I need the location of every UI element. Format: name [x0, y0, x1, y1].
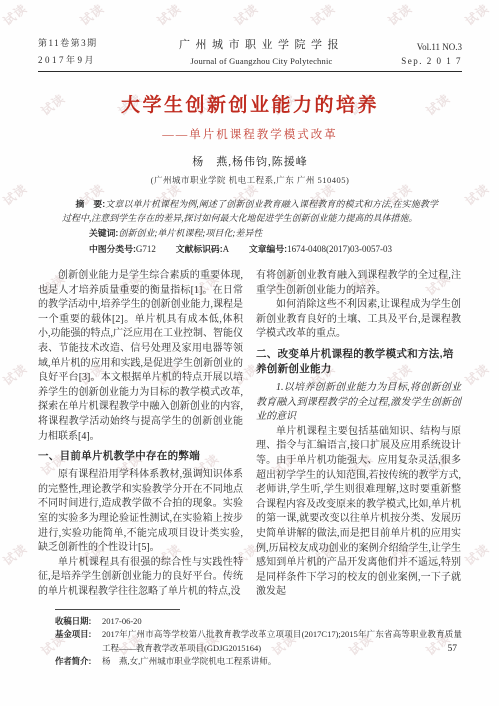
footnote-bio: 作者简介: 杨 燕,女,广州城市职业学院机电工程系讲师。	[55, 655, 462, 669]
doc-code-value: A	[223, 244, 230, 254]
journal-name-cn: 广州城市职业学院学报	[143, 36, 380, 52]
paragraph: 如何消除这些不利因素,让课程成为学生创新创业教育良好的土壤、工具及平台,是课程教…	[256, 298, 461, 342]
article-authors: 杨 燕,杨伟钧,陈援峰	[38, 153, 462, 169]
header-journal-block: 广州城市职业学院学报 Journal of Guangzhou City Pol…	[143, 36, 380, 66]
keywords-line: 关键词:创新创业;单片机课程;项目化;差异性	[62, 226, 438, 240]
doc-code-pair: 文献标识码:A	[176, 244, 229, 254]
header-issue-block: 第11卷第3期 2017年9月	[38, 36, 143, 66]
footnote-separator	[55, 609, 180, 610]
article-subtitle: ——单片机课程教学模式改革	[38, 126, 462, 142]
article-id-label: 文章编号:	[249, 244, 287, 254]
paragraph: 创新创业能力是学生综合素质的重要体现,也是人才培养质量重要的衡量指标[1]。在日…	[38, 269, 243, 444]
issue-date-cn: 2017年9月	[38, 53, 143, 66]
subsection-heading: 1.以培养创新创业能力为目标,将创新创业教育融入到课程教学的全过程,激发学生创新…	[256, 381, 461, 425]
clc-value: G712	[136, 244, 156, 254]
issue-date-en: Sep. 2 0 1 7	[380, 56, 462, 66]
received-label: 收稿日期:	[55, 615, 102, 629]
footnote-fund: 基金项目: 2017年广州市高等学校第八批教育教学改革立项项目(2017C17)…	[55, 628, 462, 655]
keywords-text: 创新创业;单片机课程;项目化;差异性	[118, 228, 262, 238]
page-number: 57	[448, 644, 458, 654]
footnote-block: 收稿日期: 2017-06-20 基金项目: 2017年广州市高等学校第八批教育…	[55, 609, 462, 669]
bio-text: 杨 燕,女,广州城市职业学院机电工程系讲师。	[102, 655, 462, 669]
abstract-paragraph: 摘 要:文章以单片机课程为例,阐述了创新创业教育融入课程教育的模式和方法,在实施…	[62, 197, 438, 225]
doc-code-label: 文献标识码:	[176, 244, 223, 254]
received-date: 2017-06-20	[102, 615, 462, 629]
journal-header: 第11卷第3期 2017年9月 广州城市职业学院学报 Journal of Gu…	[38, 36, 462, 72]
paragraph: 单片机课程具有很强的综合性与实践性特征,是培养学生创新创业能力的良好平台。传统的…	[38, 556, 243, 600]
header-volume-block: Vol.11 NO.3 Sep. 2 0 1 7	[380, 42, 462, 66]
abstract-label: 摘 要:	[76, 199, 106, 209]
article-id-value: 1674-0408(2017)03-0057-03	[287, 244, 392, 254]
article-body: 创新创业能力是学生综合素质的重要体现,也是人才培养质量重要的衡量指标[1]。在日…	[38, 269, 462, 600]
clc-pair: 中图分类号:G712	[89, 244, 156, 254]
page-content: 第11卷第3期 2017年9月 广州城市职业学院学报 Journal of Gu…	[0, 0, 499, 669]
keywords-label: 关键词:	[89, 228, 118, 238]
article-title: 大学生创新创业能力的培养	[38, 90, 462, 117]
issue-number: 第11卷第3期	[38, 36, 143, 49]
journal-name-en: Journal of Guangzhou City Polytechnic	[143, 56, 380, 66]
journal-page: 试读试读试读试读试读试读试读试读试读试读试读试读试读试读试读试读试读试读试读试读…	[0, 0, 499, 706]
paragraph: 原有课程沿用学科体系教材,强调知识体系的完整性,理论教学和实验教学分开在不同地点…	[38, 468, 243, 556]
article-id-pair: 文章编号:1674-0408(2017)03-0057-03	[249, 244, 392, 254]
section-heading-2: 二、改变单片机课程的教学模式和方法,培养创新创业能力	[256, 347, 461, 377]
section-heading-1: 一、目前单片机教学中存在的弊端	[38, 449, 243, 464]
article-affiliation: (广州城市职业学院 机电工程系,广东 广州 510405)	[38, 174, 462, 186]
bio-label: 作者简介:	[55, 655, 102, 669]
abstract-text: 文章以单片机课程为例,阐述了创新创业教育融入课程教育的模式和方法,在实施教学过程…	[62, 199, 438, 223]
clc-label: 中图分类号:	[89, 244, 136, 254]
abstract-block: 摘 要:文章以单片机课程为例,阐述了创新创业教育融入课程教育的模式和方法,在实施…	[62, 197, 438, 256]
footnote-received: 收稿日期: 2017-06-20	[55, 615, 462, 629]
paragraph-continuation: 有将创新创业教育融入到课程教学的全过程,注重学生创新创业能力的培养。	[256, 269, 461, 298]
classification-line: 中图分类号:G712文献标识码:A文章编号:1674-0408(2017)03-…	[62, 242, 438, 256]
fund-label: 基金项目:	[55, 628, 102, 655]
paragraph: 单片机课程主要包括基础知识、结构与原理、指令与汇编语言,接口扩展及应用系统设计等…	[256, 425, 461, 600]
right-column: 有将创新创业教育融入到课程教学的全过程,注重学生创新创业能力的培养。 如何消除这…	[256, 269, 461, 600]
volume-number: Vol.11 NO.3	[380, 42, 462, 52]
left-column: 创新创业能力是学生综合素质的重要体现,也是人才培养质量重要的衡量指标[1]。在日…	[38, 269, 243, 600]
fund-text: 2017年广州市高等学校第八批教育教学改革立项项目(2017C17);2015年…	[102, 628, 462, 655]
